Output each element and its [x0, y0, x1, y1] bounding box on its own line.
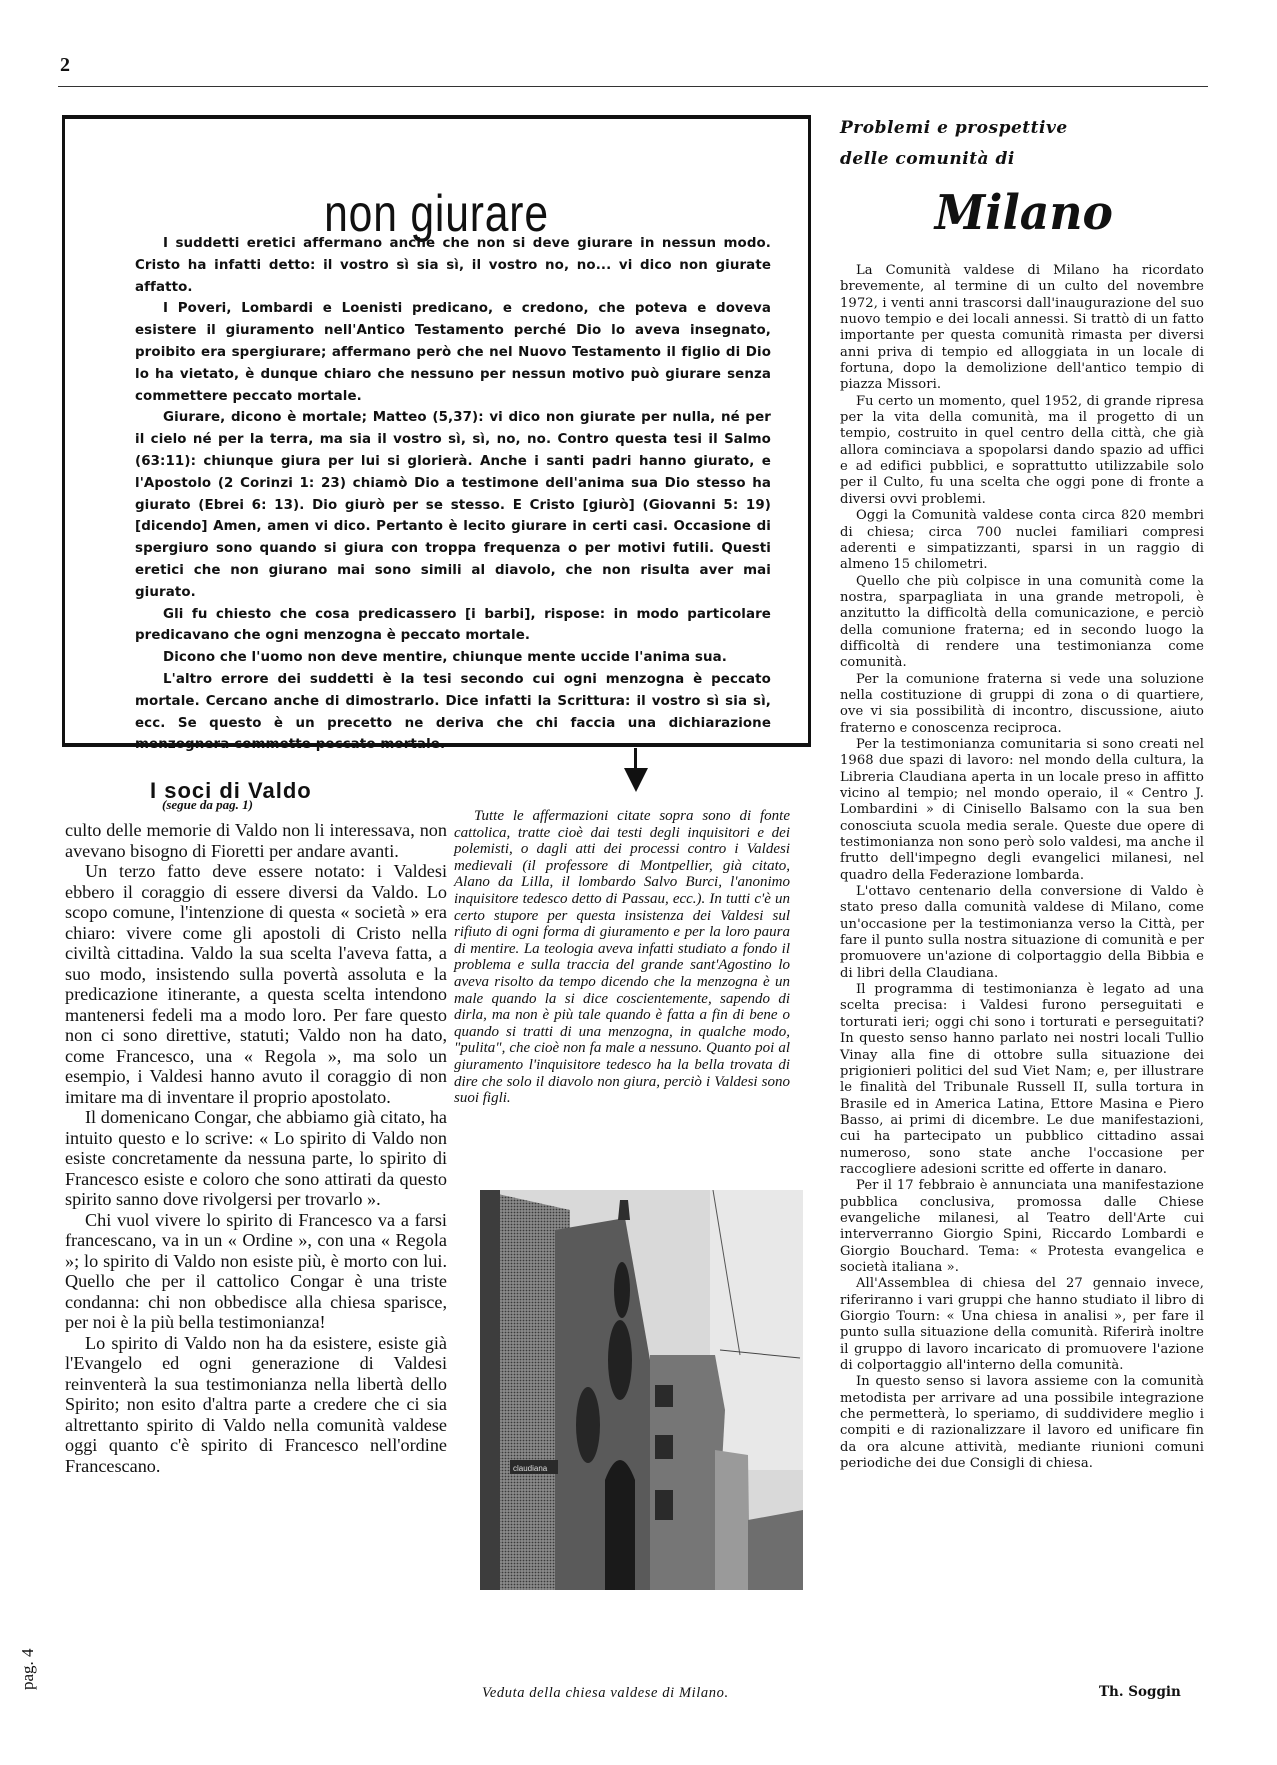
box-article: non giurare I suddetti eretici affermano…	[62, 115, 811, 747]
milano-paragraph: Oggi la Comunità valdese conta circa 820…	[840, 508, 1204, 573]
milano-kicker-line1: Problemi e prospettive	[840, 113, 1068, 144]
soci-article-body: culto delle memorie di Valdo non li inte…	[65, 820, 447, 1476]
milano-paragraph: La Comunità valdese di Milano ha ricorda…	[840, 263, 1204, 394]
soci-paragraph: Chi vuol vivere lo spirito di Francesco …	[65, 1210, 447, 1333]
box-paragraph: I suddetti eretici affermano anche che n…	[135, 233, 771, 298]
editorial-note: Tutte le affermazioni citate sopra sono …	[454, 808, 790, 1107]
box-article-body: I suddetti eretici affermano anche che n…	[135, 233, 771, 756]
milano-kicker-line2: delle comunità di	[840, 144, 1068, 175]
box-paragraph: I Poveri, Lombardi e Loenisti predicano,…	[135, 298, 771, 407]
milano-paragraph: In questo senso si lavora assieme con la…	[840, 1374, 1204, 1472]
milano-paragraph: Per il 17 febbraio è annunciata una mani…	[840, 1178, 1204, 1276]
box-paragraph: L'altro errore dei suddetti è la tesi se…	[135, 669, 771, 756]
milano-paragraph: All'Assemblea di chiesa del 27 gennaio i…	[840, 1276, 1204, 1374]
milano-kicker: Problemi e prospettive delle comunità di	[840, 113, 1068, 175]
church-photo-image: claudiana	[480, 1190, 803, 1590]
milano-paragraph: Quello che più colpisce in una comunità …	[840, 574, 1204, 672]
soci-paragraph: culto delle memorie di Valdo non li inte…	[65, 820, 447, 861]
milano-title: Milano	[935, 185, 1113, 241]
box-paragraph: Gli fu chiesto che cosa predicassero [i …	[135, 604, 771, 648]
box-paragraph: Dicono che l'uomo non deve mentire, chiu…	[135, 647, 771, 669]
page-number: 2	[60, 54, 70, 77]
milano-paragraph: Fu certo un momento, quel 1952, di grand…	[840, 394, 1204, 508]
milano-paragraph: Per la comunione fraterna si vede una so…	[840, 672, 1204, 737]
side-page-label: pag. 4	[18, 1648, 38, 1690]
soci-paragraph: Un terzo fatto deve essere notato: i Val…	[65, 861, 447, 1107]
photo-caption: Veduta della chiesa valdese di Milano.	[482, 1685, 729, 1702]
milano-paragraph: Il programma di testimonianza è legato a…	[840, 982, 1204, 1178]
arrow-stem	[634, 748, 637, 770]
church-photo: claudiana	[480, 1190, 803, 1590]
milano-paragraph: L'ottavo centenario della conversione di…	[840, 884, 1204, 982]
editorial-note-paragraph: Tutte le affermazioni citate sopra sono …	[454, 808, 790, 1107]
soci-paragraph: Il domenicano Congar, che abbiamo già ci…	[65, 1107, 447, 1210]
author-signature: Th. Soggin	[1099, 1684, 1181, 1700]
down-arrow-icon	[624, 768, 648, 792]
milano-paragraph: Per la testimonianza comunitaria si sono…	[840, 737, 1204, 884]
soci-article-subtitle: (segue da pag. 1)	[162, 797, 253, 813]
photo-sign-text: claudiana	[513, 1464, 548, 1473]
soci-paragraph: Lo spirito di Valdo non ha da esistere, …	[65, 1333, 447, 1477]
milano-article-body: La Comunità valdese di Milano ha ricorda…	[840, 263, 1204, 1472]
top-rule	[58, 86, 1208, 87]
box-paragraph: Giurare, dicono è mortale; Matteo (5,37)…	[135, 407, 771, 603]
